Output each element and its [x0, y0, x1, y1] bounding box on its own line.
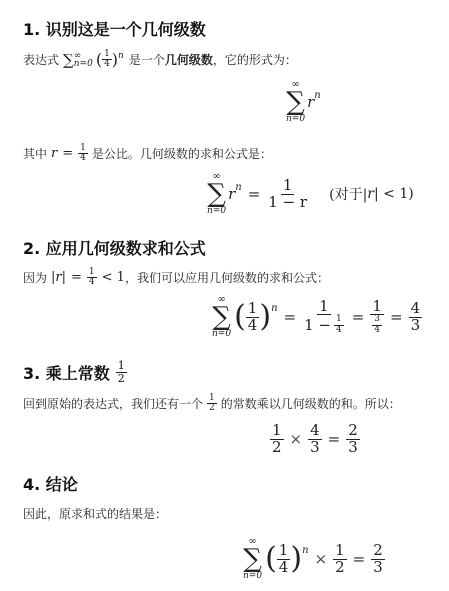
- intro-bold-term: 几何级数: [165, 52, 213, 68]
- paren-close: ): [259, 302, 271, 332]
- frac-num: 2: [371, 543, 385, 560]
- section-4-heading: 4. 结论: [23, 472, 78, 495]
- sum-lower: n=0: [207, 206, 226, 216]
- frac-den: 4: [78, 154, 88, 163]
- frac-num: 1: [333, 543, 347, 560]
- display-equation-3: ∞ ∑ n=0 ( 1 4 ) n = 1 1 − 1 4 = 1 3 4 = …: [212, 295, 422, 339]
- fraction: 1 3 4: [370, 299, 384, 336]
- equals: =: [284, 308, 297, 326]
- display-equation-5: ∞ ∑ n=0 ( 1 4 ) n × 1 2 = 2 3: [243, 537, 385, 581]
- section-3-heading: 3. 乘上常数 1 2: [23, 360, 127, 384]
- sum-symbol-inline: ∑: [63, 52, 74, 68]
- var-r: r: [51, 146, 57, 162]
- fraction: 1 1 − 1 4: [302, 299, 346, 336]
- fraction: 1 4: [277, 543, 291, 576]
- section-3-text: 回到原始的表达式，我们还有一个 1 2 的常数乘以几何级数的和。所以：: [23, 394, 401, 414]
- sigma-symbol: ∑: [286, 90, 305, 114]
- exponent: n: [118, 48, 124, 64]
- section-1-ratio-text: 其中 r = 1 4 是公比。几何级数的求和公式是：: [23, 144, 272, 164]
- heading-text: 3. 乘上常数: [23, 361, 110, 384]
- times: ×: [290, 430, 303, 448]
- section-2-text: 因为 |r| = 1 4 < 1 ，我们可以应用几何级数的求和公式：: [23, 268, 329, 288]
- sigma-symbol: ∑: [243, 547, 262, 571]
- inline-fraction: 1 4: [78, 144, 88, 164]
- frac-den: 3: [346, 440, 360, 456]
- sum-operator: ∞ ∑ n=0: [207, 172, 226, 216]
- frac-num: 1: [246, 301, 260, 318]
- sigma-symbol: ∑: [207, 182, 226, 206]
- term: r: [307, 93, 314, 111]
- sum-operator: ∞ ∑ n=0: [212, 295, 231, 339]
- term: r: [228, 185, 235, 203]
- frac-den: 4: [334, 326, 344, 335]
- inline-fraction: 1 4: [87, 268, 97, 288]
- frac-den: 4: [87, 278, 97, 287]
- frac-den: 4: [277, 560, 291, 576]
- sum-lower: n=0: [286, 114, 305, 124]
- frac-num: 1: [277, 543, 291, 560]
- condition-var: r: [367, 186, 374, 202]
- nested-fraction: 3 4: [372, 315, 382, 335]
- frac-den: 4: [102, 60, 112, 69]
- text-suffix: ，我们可以应用几何级数的求和公式：: [125, 270, 329, 286]
- text-prefix: 其中: [23, 146, 47, 162]
- abs-r: |r|: [51, 270, 66, 286]
- equals: =: [353, 550, 366, 568]
- den-prefix: 1 −: [304, 318, 331, 334]
- exponent: n: [302, 545, 308, 556]
- equals: =: [248, 185, 261, 203]
- frac-den: 3 4: [370, 315, 384, 335]
- section-2-heading: 2. 应用几何级数求和公式: [23, 236, 206, 259]
- intro-suffix: ，它的形式为：: [213, 52, 297, 68]
- frac-den: 3: [371, 560, 385, 576]
- frac-den: 1 − 1 4: [302, 315, 346, 335]
- fraction: 4 3: [308, 423, 322, 456]
- exponent: n: [271, 303, 277, 314]
- frac-num: 1: [116, 360, 127, 373]
- less-than-one: < 1: [102, 270, 125, 286]
- fraction: 2 3: [346, 423, 360, 456]
- frac-den: 2: [270, 440, 284, 456]
- frac-den: 2: [116, 373, 127, 385]
- exponent: n: [235, 182, 241, 193]
- text-suffix: 是公比。几何级数的求和公式是：: [92, 146, 272, 162]
- times: ×: [315, 550, 328, 568]
- sum-operator: ∞ ∑ n=0: [243, 537, 262, 581]
- frac-num: 1: [281, 178, 295, 195]
- frac-num: 1: [370, 299, 384, 316]
- section-4-text: 因此，原求和式的结果是：: [23, 506, 167, 522]
- frac-den: 4: [246, 318, 260, 334]
- equals: =: [71, 270, 82, 286]
- inline-sum-limits: ∞ n=0: [74, 52, 93, 68]
- heading-fraction: 1 2: [116, 360, 127, 384]
- intro-prefix: 表达式: [23, 52, 59, 68]
- frac-den: 3: [409, 318, 423, 334]
- intro-middle: 是一个: [129, 52, 165, 68]
- fraction: 1 1 − r: [266, 178, 309, 211]
- frac-den: 2: [207, 404, 217, 413]
- condition-close: | < 1): [374, 186, 414, 202]
- fraction: 1 4: [246, 301, 260, 334]
- equals: =: [352, 308, 365, 326]
- display-equation-1: ∞ ∑ n=0 r n: [286, 80, 321, 124]
- display-equation-2: ∞ ∑ n=0 r n = 1 1 − r (对于| r | < 1): [207, 172, 414, 216]
- frac-den: 4: [372, 326, 382, 335]
- text-suffix: 的常数乘以几何级数的和。所以：: [221, 396, 401, 412]
- section-1-intro: 表达式 ∑ ∞ n=0 ( 1 4 ) n 是一个 几何级数 ，它的形式为：: [23, 50, 297, 70]
- sum-operator: ∞ ∑ n=0: [286, 80, 305, 124]
- frac-num: 4: [409, 301, 423, 318]
- section-1-heading: 1. 识别这是一个几何级数: [23, 17, 206, 40]
- equals: =: [390, 308, 403, 326]
- sum-lower: n=0: [74, 60, 93, 68]
- frac-num: 1: [317, 299, 331, 316]
- nested-fraction: 1 4: [334, 315, 344, 335]
- frac-den: 2: [333, 560, 347, 576]
- frac-den: 3: [308, 440, 322, 456]
- display-equation-4: 1 2 × 4 3 = 2 3: [270, 423, 360, 456]
- equals: =: [62, 146, 73, 162]
- fraction: 2 3: [371, 543, 385, 576]
- sigma-symbol: ∑: [212, 305, 231, 329]
- condition-open: (对于|: [329, 184, 367, 204]
- text-prefix: 回到原始的表达式，我们还有一个: [23, 396, 203, 412]
- sum-lower: n=0: [243, 571, 262, 581]
- frac-den: 1 − r: [266, 195, 309, 211]
- inline-fraction: 1 2: [207, 394, 217, 414]
- inline-fraction: 1 4: [102, 50, 112, 70]
- paren-close: ): [290, 544, 302, 574]
- fraction: 1 2: [270, 423, 284, 456]
- sum-lower: n=0: [212, 329, 231, 339]
- paren-open: (: [265, 544, 277, 574]
- paren-open: (: [234, 302, 246, 332]
- fraction: 4 3: [409, 301, 423, 334]
- text-prefix: 因为: [23, 270, 47, 286]
- fraction: 1 2: [333, 543, 347, 576]
- equals: =: [328, 430, 341, 448]
- exponent: n: [314, 90, 320, 101]
